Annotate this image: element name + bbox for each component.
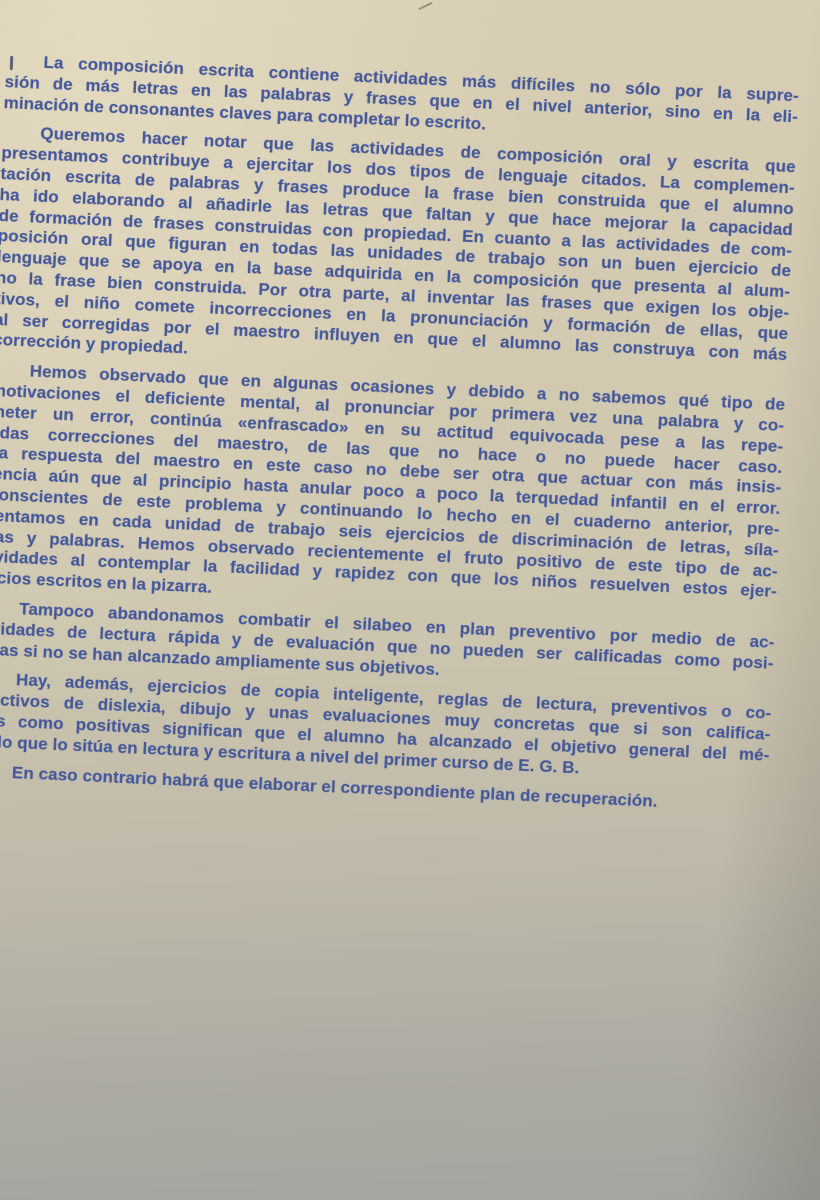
paragraph: Queremos hacer notar que las actividades… [0,122,796,386]
paper-scratch [418,2,432,10]
book-page-photo: La composición escrita contiene activida… [0,0,820,1200]
paragraph: Hemos observado que en algunas ocasiones… [0,360,785,624]
page-text: La composición escrita contiene activida… [0,51,799,826]
